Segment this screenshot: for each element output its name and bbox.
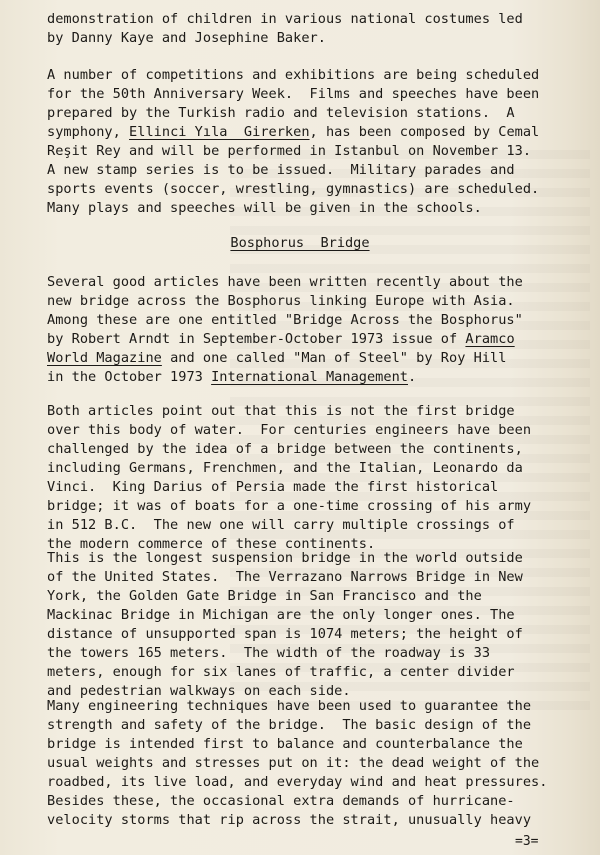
text-line: Many plays and speeches will be given in… — [47, 199, 482, 218]
text-line: Many engineering techniques have been us… — [47, 697, 531, 716]
magazine-title: International Management — [211, 369, 408, 385]
text-line-symphony: symphony, Ellinci Yıla Girerken, has bee… — [47, 123, 539, 142]
magazine-title: Aramco — [465, 331, 514, 347]
text-fragment: by Robert Arndt in September-October 197… — [47, 331, 465, 347]
text-line: in the October 1973 International Manage… — [47, 368, 416, 387]
text-line: Reşit Rey and will be performed in Istan… — [47, 142, 531, 161]
text-line: new bridge across the Bosphorus linking … — [47, 292, 515, 311]
text-line: including Germans, Frenchmen, and the It… — [47, 459, 523, 478]
text-line: by Danny Kaye and Josephine Baker. — [47, 29, 326, 48]
text-fragment: . — [408, 369, 416, 385]
heading-text: Bosphorus Bridge — [230, 235, 369, 251]
text-line: for the 50th Anniversary Week. Films and… — [47, 85, 539, 104]
text-fragment: and one called "Man of Steel" by Roy Hil… — [162, 350, 507, 366]
text-line: by Robert Arndt in September-October 197… — [47, 330, 515, 349]
symphony-title: Ellinci Yıla Girerken — [129, 124, 310, 140]
text-line: bridge; it was of boats for a one-time c… — [47, 497, 531, 516]
text-line: in 512 B.C. The new one will carry multi… — [47, 516, 515, 535]
page-number: =3= — [515, 834, 538, 850]
magazine-title: World Magazine — [47, 350, 162, 366]
text-fragment: in the October 1973 — [47, 369, 211, 385]
text-line: York, the Golden Gate Bridge in San Fran… — [47, 587, 482, 606]
text-line: meters, enough for six lanes of traffic,… — [47, 663, 515, 682]
text-fragment: symphony, — [47, 124, 129, 140]
text-line: of the United States. The Verrazano Narr… — [47, 568, 523, 587]
text-line: strength and safety of the bridge. The b… — [47, 716, 531, 735]
text-line: Several good articles have been written … — [47, 273, 523, 292]
text-line: Mackinac Bridge in Michigan are the only… — [47, 606, 515, 625]
text-line: Besides these, the occasional extra dema… — [47, 792, 515, 811]
text-line: sports events (soccer, wrestling, gymnas… — [47, 180, 539, 199]
text-line: Among these are one entitled "Bridge Acr… — [47, 311, 523, 330]
text-line: This is the longest suspension bridge in… — [47, 549, 523, 568]
text-line: Vinci. King Darius of Persia made the fi… — [47, 478, 498, 497]
section-heading: Bosphorus Bridge — [0, 234, 600, 253]
text-line: roadbed, its live load, and everyday win… — [47, 773, 547, 792]
text-line: usual weights and stresses put on it: th… — [47, 754, 539, 773]
text-line: over this body of water. For centuries e… — [47, 421, 531, 440]
text-fragment: , has been composed by Cemal — [310, 124, 540, 140]
text-line: A new stamp series is to be issued. Mili… — [47, 161, 515, 180]
text-line: the towers 165 meters. The width of the … — [47, 644, 490, 663]
text-line: velocity storms that rip across the stra… — [47, 811, 531, 830]
text-line: bridge is intended first to balance and … — [47, 735, 523, 754]
text-line: World Magazine and one called "Man of St… — [47, 349, 506, 368]
document-page: demonstration of children in various nat… — [0, 0, 600, 855]
text-line: A number of competitions and exhibitions… — [47, 66, 539, 85]
text-line: prepared by the Turkish radio and televi… — [47, 104, 515, 123]
text-line: distance of unsupported span is 1074 met… — [47, 625, 523, 644]
text-line: Both articles point out that this is not… — [47, 402, 515, 421]
text-line: demonstration of children in various nat… — [47, 10, 523, 29]
text-line: challenged by the idea of a bridge betwe… — [47, 440, 523, 459]
